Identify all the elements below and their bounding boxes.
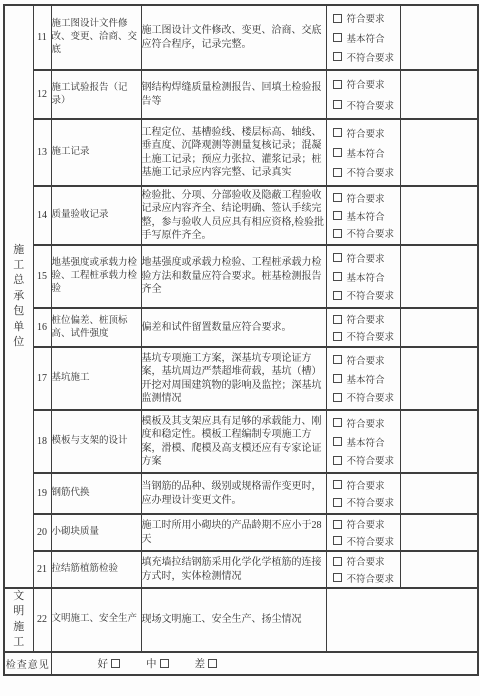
option-label: 符合要求 xyxy=(347,126,385,140)
item-description: 当钢筋的品种、级别或规格需作变更时，应办理设计变更文件。 xyxy=(141,473,326,514)
item-description: 基坑专项施工方案，深基坑专项论证方案，基坑周边严禁超堆荷载，基坑（槽）开挖对周围… xyxy=(141,347,326,410)
options-cell: 符合要求 不符合要求 xyxy=(326,551,400,588)
item-description: 填充墙拉结钢筋采用化学化学植筋的连接方式时，实体检测情况 xyxy=(141,551,326,588)
option-label: 基本符合 xyxy=(347,146,385,160)
option-label: 符合要求 xyxy=(347,353,385,367)
inspection-opinion-cell: 好 中 差 xyxy=(51,652,478,675)
option-basic[interactable]: 基本符合 xyxy=(333,146,400,160)
option-label: 符合要求 xyxy=(347,416,385,430)
checkbox-icon[interactable] xyxy=(333,393,342,402)
rating-label: 中 xyxy=(146,656,157,671)
inspection-checklist-table: 施工总承包单位 11 施工图设计文件修改、变更、洽商、交底 施工图设计文件修改、… xyxy=(3,4,479,676)
option-label: 基本符合 xyxy=(347,435,385,449)
table-row: 16 桩位偏差、桩顶标高、试件强度 偏差和试件留置数量应符合要求。 符合要求 不… xyxy=(4,308,478,347)
checkbox-icon[interactable] xyxy=(333,14,342,23)
option-label: 不符合要求 xyxy=(347,165,395,179)
remarks-cell xyxy=(400,473,478,514)
row-number: 13 xyxy=(33,119,51,186)
options-cell: 符合要求 基本符合 不符合要求 xyxy=(326,347,400,410)
option-label: 符合要求 xyxy=(347,77,385,91)
row-number: 15 xyxy=(33,245,51,308)
item-name: 质量验收记录 xyxy=(51,186,141,245)
row-number: 18 xyxy=(33,410,51,473)
item-name: 地基强度或承载力检验、工程桩承载力检验 xyxy=(51,245,141,308)
option-meets[interactable]: 符合要求 xyxy=(333,416,400,430)
item-description: 钢结构焊缝质量检测报告、回填土检验报告等 xyxy=(141,70,326,119)
item-description: 现场文明施工、安全生产、扬尘情况 xyxy=(141,588,326,652)
row-number: 20 xyxy=(33,514,51,551)
option-meets[interactable]: 符合要求 xyxy=(333,554,400,568)
item-name: 施工试验报告（记录） xyxy=(51,70,141,119)
item-name: 基坑施工 xyxy=(51,347,141,410)
row-number: 11 xyxy=(33,5,51,70)
table-row: 20 小砌块质量 施工时所用小砌块的产品龄期不应小于28天 符合要求 不符合要求 xyxy=(4,514,478,551)
option-meets[interactable]: 符合要求 xyxy=(333,251,400,265)
option-label: 基本符合 xyxy=(347,209,385,223)
remarks-cell xyxy=(400,308,478,347)
remarks-cell xyxy=(400,119,478,186)
checkbox-icon[interactable] xyxy=(333,418,342,427)
checkbox-icon[interactable] xyxy=(333,498,342,507)
table-row: 21 拉结筋植筋检验 填充墙拉结钢筋采用化学化学植筋的连接方式时，实体检测情况 … xyxy=(4,551,478,588)
option-label: 不符合要求 xyxy=(347,453,395,467)
item-description: 模板及其支架应具有足够的承载能力、刚度和稳定性。模板工程编制专项施工方案，滑模、… xyxy=(141,410,326,473)
option-meets[interactable]: 符合要求 xyxy=(333,191,400,205)
option-fail[interactable]: 不符合要求 xyxy=(333,495,400,509)
options-cell: 符合要求 不符合要求 xyxy=(326,473,400,514)
table-row: 文明施工 22 文明施工、安全生产 现场文明施工、安全生产、扬尘情况 xyxy=(4,588,478,652)
checkbox-icon[interactable] xyxy=(333,480,342,489)
option-label: 不符合要求 xyxy=(347,495,395,509)
rating-medium[interactable]: 中 xyxy=(146,656,169,671)
item-description: 检验批、分项、分部验收及隐蔽工程验收记录应内容齐全、结论明确、签认手续完整，参与… xyxy=(141,186,326,245)
remarks-cell xyxy=(400,5,478,70)
option-label: 符合要求 xyxy=(347,478,385,492)
item-description: 工程定位、基槽验线、楼层标高、轴线、垂直度、沉降观测等测量复核记录；混凝土施工记… xyxy=(141,119,326,186)
option-basic[interactable]: 基本符合 xyxy=(333,435,400,449)
option-basic[interactable]: 基本符合 xyxy=(333,209,400,223)
checkbox-icon[interactable] xyxy=(333,315,342,324)
option-fail[interactable]: 不符合要求 xyxy=(333,453,400,467)
checkbox-icon[interactable] xyxy=(333,536,342,545)
option-label: 符合要求 xyxy=(347,11,385,25)
checkbox-icon[interactable] xyxy=(160,659,169,668)
remarks-cell xyxy=(400,347,478,410)
item-name: 拉结筋植筋检验 xyxy=(51,551,141,588)
option-label: 基本符合 xyxy=(347,270,385,284)
group-label-civilized-construction: 文明施工 xyxy=(4,588,33,652)
option-fail[interactable]: 不符合要求 xyxy=(333,226,400,240)
option-meets[interactable]: 符合要求 xyxy=(333,77,400,91)
remarks-cell xyxy=(400,410,478,473)
row-number: 12 xyxy=(33,70,51,119)
option-basic[interactable]: 基本符合 xyxy=(333,31,400,45)
options-cell: 符合要求 基本符合 不符合要求 xyxy=(326,119,400,186)
option-fail[interactable]: 不符合要求 xyxy=(333,534,400,548)
checkbox-icon[interactable] xyxy=(333,80,342,89)
table-row: 19 钢筋代换 当钢筋的品种、级别或规格需作变更时，应办理设计变更文件。 符合要… xyxy=(4,473,478,514)
option-meets[interactable]: 符合要求 xyxy=(333,312,400,326)
remarks-cell xyxy=(400,514,478,551)
checkbox-icon[interactable] xyxy=(333,148,342,157)
item-description: 施工时所用小砌块的产品龄期不应小于28天 xyxy=(141,514,326,551)
option-label: 符合要求 xyxy=(347,554,385,568)
checkbox-icon[interactable] xyxy=(333,557,342,566)
options-cell: 符合要求 不符合要求 xyxy=(326,70,400,119)
checkbox-icon[interactable] xyxy=(333,332,342,341)
option-label: 不符合要求 xyxy=(347,534,395,548)
item-name: 小砌块质量 xyxy=(51,514,141,551)
item-name: 施工图设计文件修改、变更、洽商、交底 xyxy=(51,5,141,70)
item-name: 文明施工、安全生产 xyxy=(51,588,141,652)
option-fail[interactable]: 不符合要求 xyxy=(333,329,400,343)
rating-label: 差 xyxy=(195,656,206,671)
option-fail[interactable]: 不符合要求 xyxy=(333,288,400,302)
checkbox-icon[interactable] xyxy=(333,374,342,383)
option-fail[interactable]: 不符合要求 xyxy=(333,390,400,404)
remarks-cell xyxy=(400,245,478,308)
table-row: 13 施工记录 工程定位、基槽验线、楼层标高、轴线、垂直度、沉降观测等测量复核记… xyxy=(4,119,478,186)
checkbox-icon[interactable] xyxy=(333,193,342,202)
option-label: 不符合要求 xyxy=(347,50,395,64)
option-label: 不符合要求 xyxy=(347,329,395,343)
option-label: 基本符合 xyxy=(347,31,385,45)
checkbox-icon[interactable] xyxy=(333,33,342,42)
table-row: 18 模板与支架的设计 模板及其支架应具有足够的承载能力、刚度和稳定性。模板工程… xyxy=(4,410,478,473)
checkbox-icon[interactable] xyxy=(333,52,342,61)
item-description: 地基强度或承载力检验、工程桩承载力检验方法和数量应符合要求。桩基检测报告齐全 xyxy=(141,245,326,308)
remarks-cell xyxy=(400,186,478,245)
rating-label: 好 xyxy=(98,656,109,671)
option-basic[interactable]: 基本符合 xyxy=(333,372,400,386)
option-meets[interactable]: 符合要求 xyxy=(333,478,400,492)
item-name: 钢筋代换 xyxy=(51,473,141,514)
checkbox-icon[interactable] xyxy=(333,355,342,364)
checkbox-icon[interactable] xyxy=(333,229,342,238)
group-label-text: 文明施工 xyxy=(13,589,24,651)
option-basic[interactable]: 基本符合 xyxy=(333,270,400,284)
remarks-cell xyxy=(326,588,478,652)
checkbox-icon[interactable] xyxy=(333,437,342,446)
checkbox-icon[interactable] xyxy=(111,659,120,668)
checkbox-icon[interactable] xyxy=(333,253,342,262)
option-meets[interactable]: 符合要求 xyxy=(333,126,400,140)
checkbox-icon[interactable] xyxy=(333,128,342,137)
option-label: 符合要求 xyxy=(347,191,385,205)
options-cell: 符合要求 不符合要求 xyxy=(326,514,400,551)
remarks-cell xyxy=(400,70,478,119)
table-row: 14 质量验收记录 检验批、分项、分部验收及隐蔽工程验收记录应内容齐全、结论明确… xyxy=(4,186,478,245)
option-label: 基本符合 xyxy=(347,372,385,386)
checklist-sheet: 施工总承包单位 11 施工图设计文件修改、变更、洽商、交底 施工图设计文件修改、… xyxy=(0,0,480,696)
options-cell: 符合要求 基本符合 不符合要求 xyxy=(326,5,400,70)
inspection-opinion-label: 检查意见 xyxy=(4,652,51,675)
checkbox-icon[interactable] xyxy=(333,520,342,529)
item-name: 施工记录 xyxy=(51,119,141,186)
checkbox-icon[interactable] xyxy=(333,573,342,582)
option-label: 不符合要求 xyxy=(347,390,395,404)
checkbox-icon[interactable] xyxy=(333,100,342,109)
options-cell: 符合要求 不符合要求 xyxy=(326,308,400,347)
options-cell: 符合要求 基本符合 不符合要求 xyxy=(326,410,400,473)
remarks-cell xyxy=(400,551,478,588)
option-label: 符合要求 xyxy=(347,517,385,531)
checkbox-icon[interactable] xyxy=(333,272,342,281)
item-name: 模板与支架的设计 xyxy=(51,410,141,473)
checkbox-icon[interactable] xyxy=(333,291,342,300)
table-row: 17 基坑施工 基坑专项施工方案，深基坑专项论证方案，基坑周边严禁超堆荷载，基坑… xyxy=(4,347,478,410)
rating-good[interactable]: 好 xyxy=(98,656,121,671)
checkbox-icon[interactable] xyxy=(333,456,342,465)
option-label: 不符合要求 xyxy=(347,98,395,112)
checkbox-icon[interactable] xyxy=(333,211,342,220)
option-label: 不符合要求 xyxy=(347,288,395,302)
rating-poor[interactable]: 差 xyxy=(195,656,218,671)
footer-row: 检查意见 好 中 差 xyxy=(4,652,478,675)
row-number: 19 xyxy=(33,473,51,514)
options-cell: 符合要求 基本符合 不符合要求 xyxy=(326,186,400,245)
option-label: 符合要求 xyxy=(347,312,385,326)
group-label-text: 施工总承包单位 xyxy=(13,243,24,351)
table-row: 12 施工试验报告（记录） 钢结构焊缝质量检测报告、回填土检验报告等 符合要求 … xyxy=(4,70,478,119)
checkbox-icon[interactable] xyxy=(208,659,217,668)
item-description: 偏差和试件留置数量应符合要求。 xyxy=(141,308,326,347)
item-description: 施工图设计文件修改、变更、洽商、交底应符合程序，记录完整。 xyxy=(141,5,326,70)
option-meets[interactable]: 符合要求 xyxy=(333,353,400,367)
row-number: 14 xyxy=(33,186,51,245)
options-cell: 符合要求 基本符合 不符合要求 xyxy=(326,245,400,308)
row-number: 22 xyxy=(33,588,51,652)
option-meets[interactable]: 符合要求 xyxy=(333,517,400,531)
row-number: 21 xyxy=(33,551,51,588)
table-row: 15 地基强度或承载力检验、工程桩承载力检验 地基强度或承载力检验、工程桩承载力… xyxy=(4,245,478,308)
row-number: 17 xyxy=(33,347,51,410)
option-fail[interactable]: 不符合要求 xyxy=(333,571,400,585)
option-label: 符合要求 xyxy=(347,251,385,265)
option-fail[interactable]: 不符合要求 xyxy=(333,165,400,179)
row-number: 16 xyxy=(33,308,51,347)
option-fail[interactable]: 不符合要求 xyxy=(333,50,400,64)
option-label: 不符合要求 xyxy=(347,571,395,585)
group-label-general-contractor: 施工总承包单位 xyxy=(4,5,33,588)
option-fail[interactable]: 不符合要求 xyxy=(333,98,400,112)
checkbox-icon[interactable] xyxy=(333,168,342,177)
option-label: 不符合要求 xyxy=(347,226,395,240)
item-name: 桩位偏差、桩顶标高、试件强度 xyxy=(51,308,141,347)
table-row: 施工总承包单位 11 施工图设计文件修改、变更、洽商、交底 施工图设计文件修改、… xyxy=(4,5,478,70)
option-meets[interactable]: 符合要求 xyxy=(333,11,400,25)
